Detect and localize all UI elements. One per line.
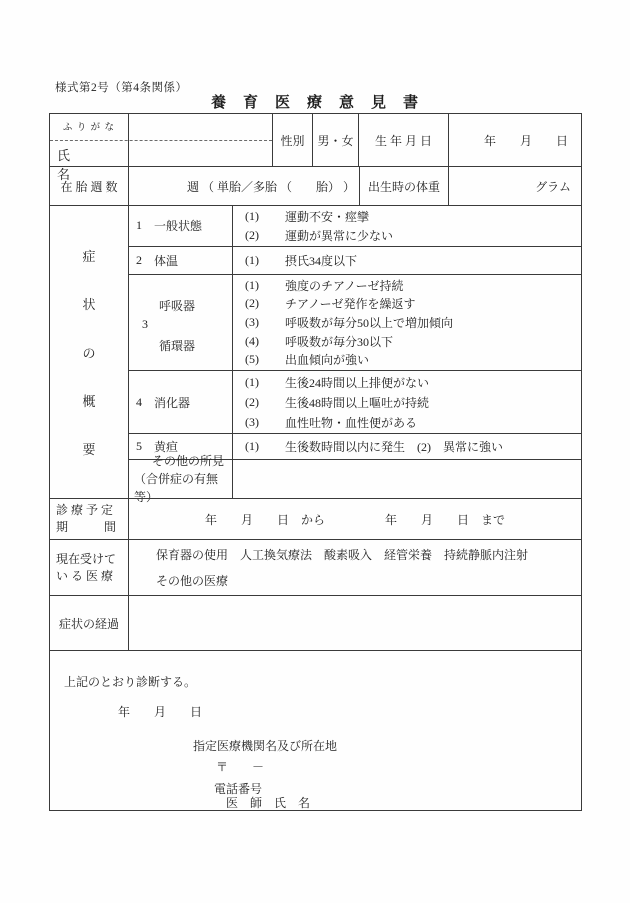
form-title: 養 育 医 療 意 見 書 [0,91,630,112]
symptom-item: (1) 生後数時間以内に発生 (2) 異常に強い [233,435,581,458]
current-care-label: 現在受けて い る 医 療 [50,540,129,595]
sex-label: 性別 [273,114,313,166]
symptom-row-other-findings: その他の所見 （合併症の有無等） [129,459,581,498]
institution-label: 指定医療機関名及び所在地 [193,737,337,752]
current-care-options-line1: 保育器の使用 人工換気療法 酸素吸入 経管栄養 持続静脈内注射 [156,546,581,563]
symptom-row-general: 1 一般状態 (1) 運動不安・痙攣 (2) 運動が異常に少ない [129,206,581,246]
item-text: 生後48時間以上嘔吐が持続 [285,394,429,411]
item-number: (1) [245,375,273,390]
diagnosis-statement: 上記のとおり診断する。 [64,673,196,688]
gestation-entry-field: 週 （ 単胎／多胎 （ 胎） ） [129,167,360,205]
current-care-label-line1: 現在受けて [56,551,122,568]
item-text: 血性吐物・血性便がある [285,414,417,431]
other-findings-entry-field [233,460,581,498]
item-number: (1) [245,209,273,224]
symptoms-grid: 1 一般状態 (1) 運動不安・痙攣 (2) 運動が異常に少ない [129,206,581,498]
symptom-item: (2) 生後48時間以上嘔吐が持続 [233,392,581,412]
symptoms-label-char: 症 [82,246,95,265]
treatment-period-label-line1: 診 療 予 定 [56,502,122,519]
current-care-options-line2: その他の医療 [156,572,581,589]
treatment-period-entry-field: 年 月 日 から 年 月 日 まで [129,499,581,539]
gestation-row: 在 胎 週 数 週 （ 単胎／多胎 （ 胎） ） 出生時の体重 グラム [50,166,581,205]
scanned-form-page: 様式第2号（第4条関係） 養 育 医 療 意 見 書 ふ り が な 氏 名 性… [0,0,630,903]
symptom-items: (1) 運動不安・痙攣 (2) 運動が異常に少ない [233,206,581,246]
diagnosis-date-field: 年 月 日 [118,703,202,718]
symptom-item: (1) 強度のチアノーゼ持続 [233,276,581,295]
symptoms-section: 症 状 の 概 要 1 一般状態 (1) 運動不安・痙攣 [50,205,581,498]
other-findings-label: その他の所見 （合併症の有無等） [129,460,233,498]
symptoms-label-char: 状 [82,294,95,313]
item-text: 強度のチアノーゼ持続 [285,277,403,294]
symptom-items: (1) 摂氏34度以下 [233,247,581,274]
item-text: 呼吸数が毎分50以上で増加傾向 [285,314,453,331]
item-text: 呼吸数が毎分30以下 [285,333,393,350]
symptom-label-text: 体温 [154,252,178,269]
item-number: (5) [245,352,273,367]
symptom-items: (1) 強度のチアノーゼ持続 (2) チアノーゼ発作を繰返す (3) 呼吸数が毎… [233,275,581,371]
symptom-label-text: 一般状態 [154,217,202,234]
symptom-number: 3 [142,317,148,332]
symptom-label-digestive: 4 消化器 [129,371,233,433]
progress-entry-field [129,596,581,650]
symptom-item: (3) 呼吸数が毎分50以上で増加傾向 [233,313,581,332]
symptom-number: 1 [136,218,154,233]
symptom-label-text: 消化器 [154,394,190,411]
item-number: (3) [245,415,273,430]
birthdate-label: 生 年 月 日 [359,114,449,166]
symptom-row-digestive: 4 消化器 (1) 生後24時間以上排便がない (2) 生後48時間以上嘔吐が持… [129,370,581,433]
symptom-label-respiratory: 呼吸器 [159,297,195,314]
treatment-period-label-line2: 期 間 [56,519,122,536]
symptom-number: 2 [136,253,154,268]
current-care-label-line2: い る 医 療 [56,568,122,585]
treatment-period-row: 診 療 予 定 期 間 年 月 日 から 年 月 日 まで [50,498,581,539]
phone-number-label: 電話番号 [214,780,262,795]
name-row: ふ り が な 氏 名 性別 男・女 生 年 月 日 年 月 日 [50,114,581,166]
symptoms-label-char: の [82,343,95,362]
item-text: チアノーゼ発作を繰返す [285,295,415,312]
symptom-label-respiratory-circulatory: 3 呼吸器 循環器 [129,275,233,371]
item-number: (4) [245,334,273,349]
furigana-divider-line [50,140,272,141]
symptom-item: (2) 運動が異常に少ない [233,226,581,245]
symptom-items: (1) 生後数時間以内に発生 (2) 異常に強い [233,434,581,459]
other-findings-line1: その他の所見 [137,452,224,470]
progress-label: 症状の経過 [50,596,129,650]
symptom-item: (1) 生後24時間以上排便がない [233,372,581,392]
symptoms-label-char: 要 [82,439,95,458]
item-number: (2) [245,228,273,243]
current-care-row: 現在受けて い る 医 療 保育器の使用 人工換気療法 酸素吸入 経管栄養 持続… [50,539,581,595]
symptom-item: (3) 血性吐物・血性便がある [233,412,581,432]
symptoms-vertical-label: 症 状 の 概 要 [82,246,95,458]
gestation-label: 在 胎 週 数 [50,167,129,205]
birthdate-entry-field: 年 月 日 [449,114,581,166]
item-text: 運動が異常に少ない [285,227,393,244]
current-care-options: 保育器の使用 人工換気療法 酸素吸入 経管栄養 持続静脈内注射 その他の医療 [129,540,581,595]
birth-weight-label: 出生時の体重 [360,167,449,205]
symptom-label-circulatory: 循環器 [159,337,195,354]
symptom-row-temperature: 2 体温 (1) 摂氏34度以下 [129,246,581,274]
symptom-label-temperature: 2 体温 [129,247,233,274]
treatment-period-label: 診 療 予 定 期 間 [50,499,129,539]
item-number: (2) [245,395,273,410]
form-table: ふ り が な 氏 名 性別 男・女 生 年 月 日 年 月 日 在 胎 週 数… [49,113,582,811]
item-text: 生後数時間以内に発生 (2) 異常に強い [285,438,503,455]
item-text: 摂氏34度以下 [285,252,357,269]
item-text: 運動不安・痙攣 [285,208,369,225]
progress-row: 症状の経過 [50,595,581,650]
item-number: (1) [245,278,273,293]
item-number: (2) [245,296,273,311]
item-number: (1) [245,439,273,454]
symptom-item: (4) 呼吸数が毎分30以下 [233,332,581,351]
birth-weight-unit: グラム [449,167,581,205]
signature-section: 上記のとおり診断する。 年 月 日 指定医療機関名及び所在地 〒 － 電話番号 … [50,650,581,810]
symptom-items: (1) 生後24時間以上排便がない (2) 生後48時間以上嘔吐が持続 (3) … [233,371,581,433]
symptom-label-general: 1 一般状態 [129,206,233,246]
symptom-item: (5) 出血傾向が強い [233,351,581,370]
postal-code-field: 〒 － [216,758,264,773]
symptom-row-respiratory-circulatory: 3 呼吸器 循環器 (1) 強度のチアノーゼ持続 (2) チアノーゼ発作を繰返す [129,274,581,371]
item-number: (3) [245,315,273,330]
doctor-name-label: 医 師 氏 名 [226,794,310,809]
symptom-number: 4 [136,395,154,410]
sex-value: 男・女 [313,114,359,166]
furigana-label: ふ り が な [50,119,128,133]
item-number: (1) [245,253,273,268]
symptom-item: (2) チアノーゼ発作を繰返す [233,294,581,313]
item-text: 出血傾向が強い [285,351,369,368]
symptom-item: (1) 運動不安・痙攣 [233,207,581,226]
symptoms-label-char: 概 [82,391,95,410]
item-text: 生後24時間以上排便がない [285,374,429,391]
symptom-item: (1) 摂氏34度以下 [233,248,581,273]
symptoms-section-label: 症 状 の 概 要 [50,206,129,498]
